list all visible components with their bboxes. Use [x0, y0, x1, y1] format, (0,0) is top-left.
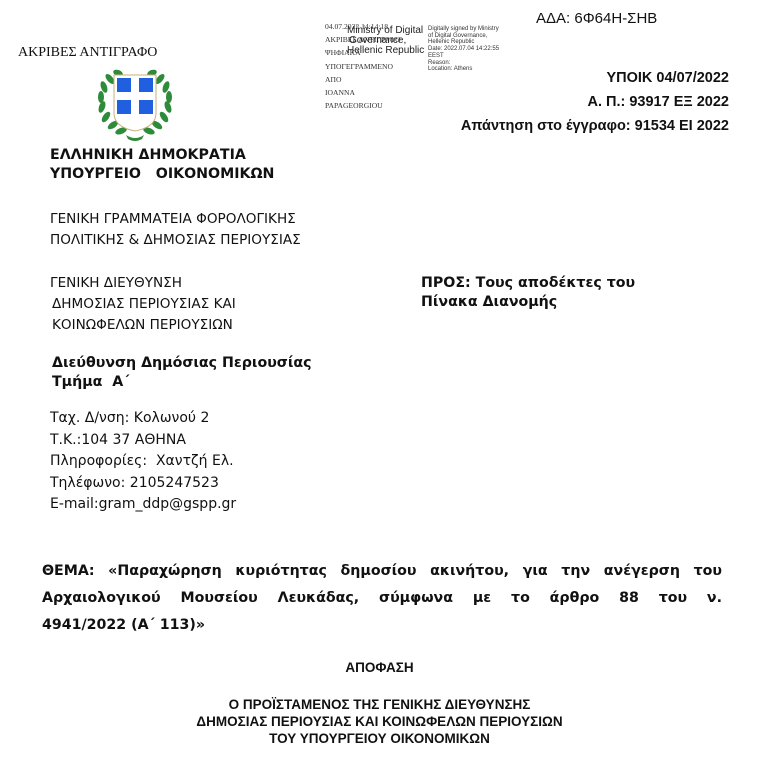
directorate-line: ΚΟΙΝΩΦΕΛΩΝ ΠΕΡΙΟΥΣΙΩΝ	[50, 315, 236, 336]
ministry-name: ΥΠΟΥΡΓΕΙΟ ΟΙΚΟΝΟΜΙΚΩΝ	[50, 165, 274, 184]
ada-code: ΑΔΑ: 6Φ64Η-ΣΗΒ	[536, 10, 657, 27]
phone-number: Τηλέφωνο: 2105247523	[50, 473, 236, 495]
signature-signer-name: Ministry of Digital Governance, Hellenic…	[347, 26, 424, 56]
decision-title: ΑΠΟΦΑΣΗ	[0, 660, 759, 675]
directorate-line: ΔΗΜΟΣΙΑΣ ΠΕΡΙΟΥΣΙΑΣ ΚΑΙ	[50, 294, 236, 315]
postal-code: Τ.Κ.:104 37 ΑΘΗΝΑ	[50, 430, 236, 452]
cert-line: Digitally signed by Ministry	[428, 26, 499, 33]
secretariat-line: ΠΟΛΙΤΙΚΗΣ & ΔΗΜΟΣΙΑΣ ΠΕΡΙΟΥΣΙΑΣ	[50, 230, 301, 251]
general-secretariat: ΓΕΝΙΚΗ ΓΡΑΜΜΑΤΕΙΑ ΦΟΡΟΛΟΓΙΚΗΣ ΠΟΛΙΤΙΚΗΣ …	[50, 209, 301, 251]
authority-line: ΔΗΜΟΣΙΑΣ ΠΕΡΙΟΥΣΙΑΣ ΚΑΙ ΚΟΙΝΩΦΕΛΩΝ ΠΕΡΙΟ…	[0, 713, 759, 730]
signature-line: ΥΠΟΓΕΓΡΑΜΜΕΝΟ	[325, 60, 401, 73]
section-name: Τμήμα Α΄	[52, 373, 312, 392]
department-block: Διεύθυνση Δημόσιας Περιουσίας Τμήμα Α΄	[52, 354, 312, 392]
signature-line: ΑΠΟ	[325, 73, 401, 86]
directorate-line: ΓΕΝΙΚΗ ΔΙΕΥΘΥΝΣΗ	[50, 273, 236, 294]
cert-line: of Digital Governance,	[428, 33, 499, 40]
greek-coat-of-arms-icon	[96, 65, 174, 141]
recipient-line: ΠΡΟΣ: Τους αποδέκτες του	[421, 274, 635, 293]
cert-line: Hellenic Republic	[428, 39, 499, 46]
postal-address: Ταχ. Δ/νση: Κολωνού 2	[50, 408, 236, 430]
contact-details: Ταχ. Δ/νση: Κολωνού 2 Τ.Κ.:104 37 ΑΘΗΝΑ …	[50, 408, 236, 516]
general-directorate: ΓΕΝΙΚΗ ΔΙΕΥΘΥΝΣΗ ΔΗΜΟΣΙΑΣ ΠΕΡΙΟΥΣΙΑΣ ΚΑΙ…	[50, 273, 236, 336]
reference-block: ΥΠΟΙΚ 04/07/2022 Α. Π.: 93917 ΕΞ 2022 Απ…	[461, 66, 729, 138]
recipient-block: ΠΡΟΣ: Τους αποδέκτες του Πίνακα Διανομής	[421, 274, 635, 312]
email-address[interactable]: E-mail:gram_ddp@gspp.gr	[50, 494, 236, 516]
certified-copy-label: ΑΚΡΙΒΕΣ ΑΝΤΙΓΡΑΦΟ	[18, 45, 157, 61]
authority-line: ΤΟΥ ΥΠΟΥΡΓΕΙΟΥ ΟΙΚΟΝΟΜΙΚΩΝ	[0, 730, 759, 747]
signer-line: Hellenic Republic	[347, 46, 424, 56]
issuing-authority: Ο ΠΡΟΪΣΤΑΜΕΝΟΣ ΤΗΣ ΓΕΝΙΚΗΣ ΔΙΕΥΘΥΝΣΗΣ ΔΗ…	[0, 696, 759, 747]
subject-block: ΘΕΜΑ: «Παραχώρηση κυριότητας δημοσίου ακ…	[42, 558, 722, 639]
ministry-heading: ΕΛΛΗΝΙΚΗ ΔΗΜΟΚΡΑΤΙΑ ΥΠΟΥΡΓΕΙΟ ΟΙΚΟΝΟΜΙΚΩ…	[50, 146, 274, 184]
subject-line: ΘΕΜΑ: «Παραχώρηση κυριότητας δημοσίου ακ…	[42, 558, 722, 585]
recipient-line: Πίνακα Διανομής	[421, 293, 635, 312]
protocol-number: Α. Π.: 93917 ΕΞ 2022	[461, 90, 729, 114]
contact-person: Πληροφορίες: Χαντζή Ελ.	[50, 451, 236, 473]
republic-name: ΕΛΛΗΝΙΚΗ ΔΗΜΟΚΡΑΤΙΑ	[50, 146, 274, 165]
cert-date: Date: 2022.07.04 14:22:55	[428, 46, 499, 53]
signature-line: IOANNA	[325, 86, 401, 99]
signature-line: PAPAGEORGIOU	[325, 99, 401, 112]
secretariat-line: ΓΕΝΙΚΗ ΓΡΑΜΜΑΤΕΙΑ ΦΟΡΟΛΟΓΙΚΗΣ	[50, 209, 301, 230]
subject-line: Αρχαιολογικού Μουσείου Λευκάδας, σύμφωνα…	[42, 585, 722, 612]
document-date: ΥΠΟΙΚ 04/07/2022	[461, 66, 729, 90]
authority-line: Ο ΠΡΟΪΣΤΑΜΕΝΟΣ ΤΗΣ ΓΕΝΙΚΗΣ ΔΙΕΥΘΥΝΣΗΣ	[0, 696, 759, 713]
reply-reference: Απάντηση στο έγγραφο: 91534 ΕΙ 2022	[461, 114, 729, 138]
cert-line: EEST	[428, 53, 499, 60]
directorate-name: Διεύθυνση Δημόσιας Περιουσίας	[52, 354, 312, 373]
subject-line: 4941/2022 (Α΄ 113)»	[42, 612, 722, 639]
